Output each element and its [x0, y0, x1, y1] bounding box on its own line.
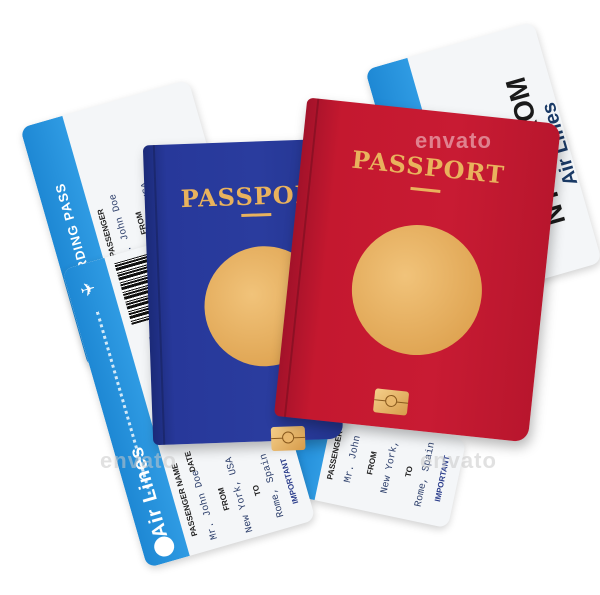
watermark: envato	[100, 448, 177, 474]
passport-illustration: BOARDING PASS Mr. John Doe New York, USA…	[0, 0, 600, 595]
chip-icon	[271, 426, 306, 451]
chip-icon	[373, 388, 409, 415]
title-underline	[410, 187, 440, 193]
watermark: envato	[415, 128, 492, 154]
watermark: envato	[420, 448, 497, 474]
airplane-icon: ✈	[78, 278, 98, 302]
title-underline	[241, 213, 271, 217]
globe-icon	[345, 219, 488, 362]
